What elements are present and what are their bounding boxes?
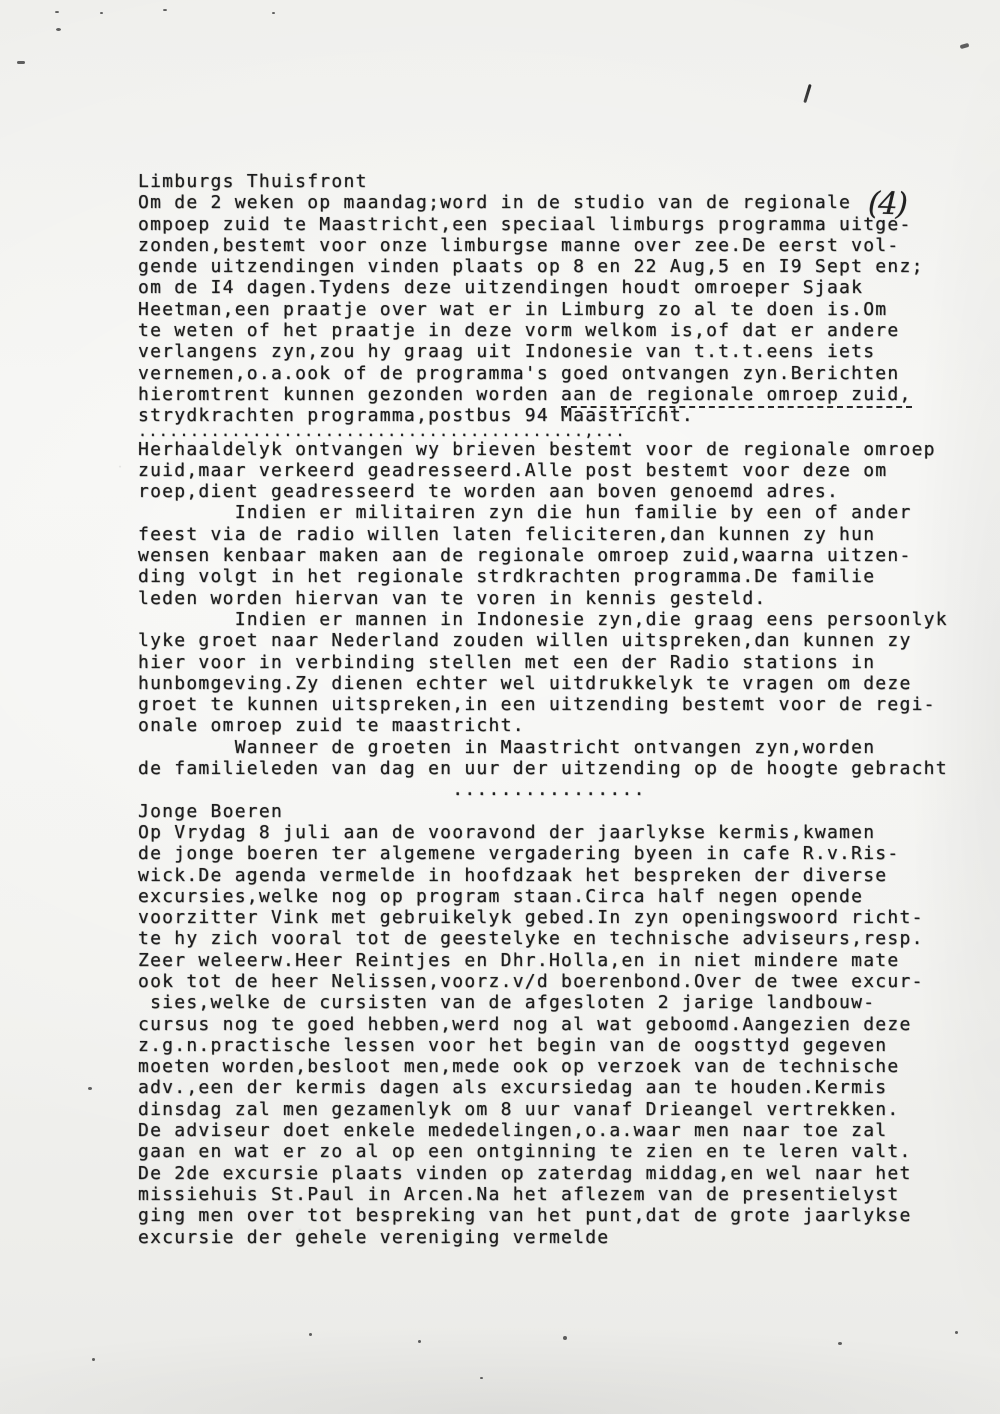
text-line: Heetman,een praatje over wat er in Limbu… <box>138 299 993 320</box>
scan-speck <box>272 12 275 14</box>
text-line: wensen kenbaar maken aan de regionale om… <box>138 545 993 566</box>
text-line: Op Vrydag 8 juli aan de vooravond der ja… <box>138 822 993 843</box>
section-title-jonge-boeren: Jonge Boeren <box>138 801 993 822</box>
text-line: gaan en wat er zo al op een ontginning t… <box>138 1141 993 1162</box>
text-line: de jonge boeren ter algemene vergadering… <box>138 843 993 864</box>
text-line: sies,welke de cursisten van de afgeslote… <box>138 992 993 1013</box>
text-line: lyke groet naar Nederland zouden willen … <box>138 630 993 651</box>
text-line: wick.De agenda vermelde in hoofdzaak het… <box>138 865 993 886</box>
text-line: hier voor in verbinding stellen met een … <box>138 652 993 673</box>
text-line: cursus nog te goed hebben,werd nog al wa… <box>138 1014 993 1035</box>
handwritten-page-number: (4) <box>867 185 906 222</box>
dotted-separator: ................ <box>138 779 993 800</box>
pen-slash-mark <box>803 84 811 103</box>
text-line: excursie der gehele vereniging vermelde <box>138 1227 993 1248</box>
text-line: ompoep zuid te Maastricht,een speciaal l… <box>138 214 993 235</box>
text-line: ding volgt in het regionale strdkrachten… <box>138 566 993 587</box>
text-line: gende uitzendingen vinden plaats op 8 en… <box>138 256 993 277</box>
text-line: dinsdag zal men gezamenlyk om 8 uur vana… <box>138 1099 993 1120</box>
text-line: De 2de excursie plaats vinden op zaterda… <box>138 1163 993 1184</box>
text-line: moeten worden,besloot men,mede ook op ve… <box>138 1056 993 1077</box>
scan-speck <box>163 9 167 11</box>
text-line: Wanneer de groeten in Maastricht ontvang… <box>138 737 993 758</box>
scan-speck <box>55 11 59 13</box>
text-line: ging men over tot bespreking van het pun… <box>138 1205 993 1226</box>
typewritten-text-block: Limburgs ThuisfrontOm de 2 weken op maan… <box>138 171 993 1248</box>
text-line: verlangens zyn,zou hy graag uit Indonesi… <box>138 341 993 362</box>
scan-speck <box>56 28 61 31</box>
scan-speck <box>309 1333 312 1336</box>
text-line: vernemen,o.a.ook of de programma's goed … <box>138 363 993 384</box>
scan-speck <box>960 43 970 49</box>
text-line: om de I4 dagen.Tydens deze uitzendingen … <box>138 277 993 298</box>
dotted-rule: ........................................… <box>138 427 993 439</box>
text-line: zuid,maar verkeerd geadresseerd.Alle pos… <box>138 460 993 481</box>
text-line: Indien er mannen in Indonesie zyn,die gr… <box>138 609 993 630</box>
text-line: roep,dient geadresseerd te worden aan bo… <box>138 481 993 502</box>
section-title-limburgs-thuisfront: Limburgs Thuisfront <box>138 171 993 192</box>
text-segment: hieromtrent kunnen gezonden worden <box>138 384 561 405</box>
text-line: Indien er militairen zyn die hun familie… <box>138 502 993 523</box>
text-line: adv.,een der kermis dagen als excursieda… <box>138 1077 993 1098</box>
scan-speck <box>480 1377 483 1379</box>
scan-speck <box>92 1358 95 1361</box>
text-line: excursies,welke nog op program staan.Cir… <box>138 886 993 907</box>
scan-speck <box>100 12 103 14</box>
text-line: De adviseur doet enkele mededelingen,o.a… <box>138 1120 993 1141</box>
text-line: leden worden hiervan van te voren in ken… <box>138 588 993 609</box>
scan-speck <box>418 1340 421 1343</box>
scan-speck <box>563 1336 567 1340</box>
scanned-document-page: Limburgs ThuisfrontOm de 2 weken op maan… <box>0 0 1000 1414</box>
text-line: missiehuis St.Paul in Arcen.Na het aflez… <box>138 1184 993 1205</box>
text-line: de familieleden van dag en uur der uitze… <box>138 758 993 779</box>
scan-speck <box>838 1342 842 1345</box>
text-line: ook tot de heer Nelissen,voorz.v/d boere… <box>138 971 993 992</box>
text-line: voorzitter Vink met gebruikelyk gebed.In… <box>138 907 993 928</box>
text-line: onale omroep zuid te maastricht. <box>138 715 993 736</box>
text-line: hieromtrent kunnen gezonden worden aan d… <box>138 384 993 405</box>
scan-speck <box>88 1087 92 1090</box>
text-line: te hy zich vooral tot de geestelyke en t… <box>138 928 993 949</box>
text-line: Herhaaldelyk ontvangen wy brieven bestem… <box>138 439 993 460</box>
scan-speck <box>955 1331 958 1334</box>
scan-speck <box>17 61 25 64</box>
text-line: Om de 2 weken op maandag;word in de stud… <box>138 192 993 213</box>
text-line: zonden,bestemt voor onze limburgse manne… <box>138 235 993 256</box>
text-line: feest via de radio willen laten felicite… <box>138 524 993 545</box>
text-line: Zeer weleerw.Heer Reintjes en Dhr.Holla,… <box>138 950 993 971</box>
text-line: te weten of het praatje in deze vorm wel… <box>138 320 993 341</box>
text-line: z.g.n.practische lessen voor het begin v… <box>138 1035 993 1056</box>
text-line: groet te kunnen uitspreken,in een uitzen… <box>138 694 993 715</box>
text-line: hunbomgeving.Zy dienen echter wel uitdru… <box>138 673 993 694</box>
